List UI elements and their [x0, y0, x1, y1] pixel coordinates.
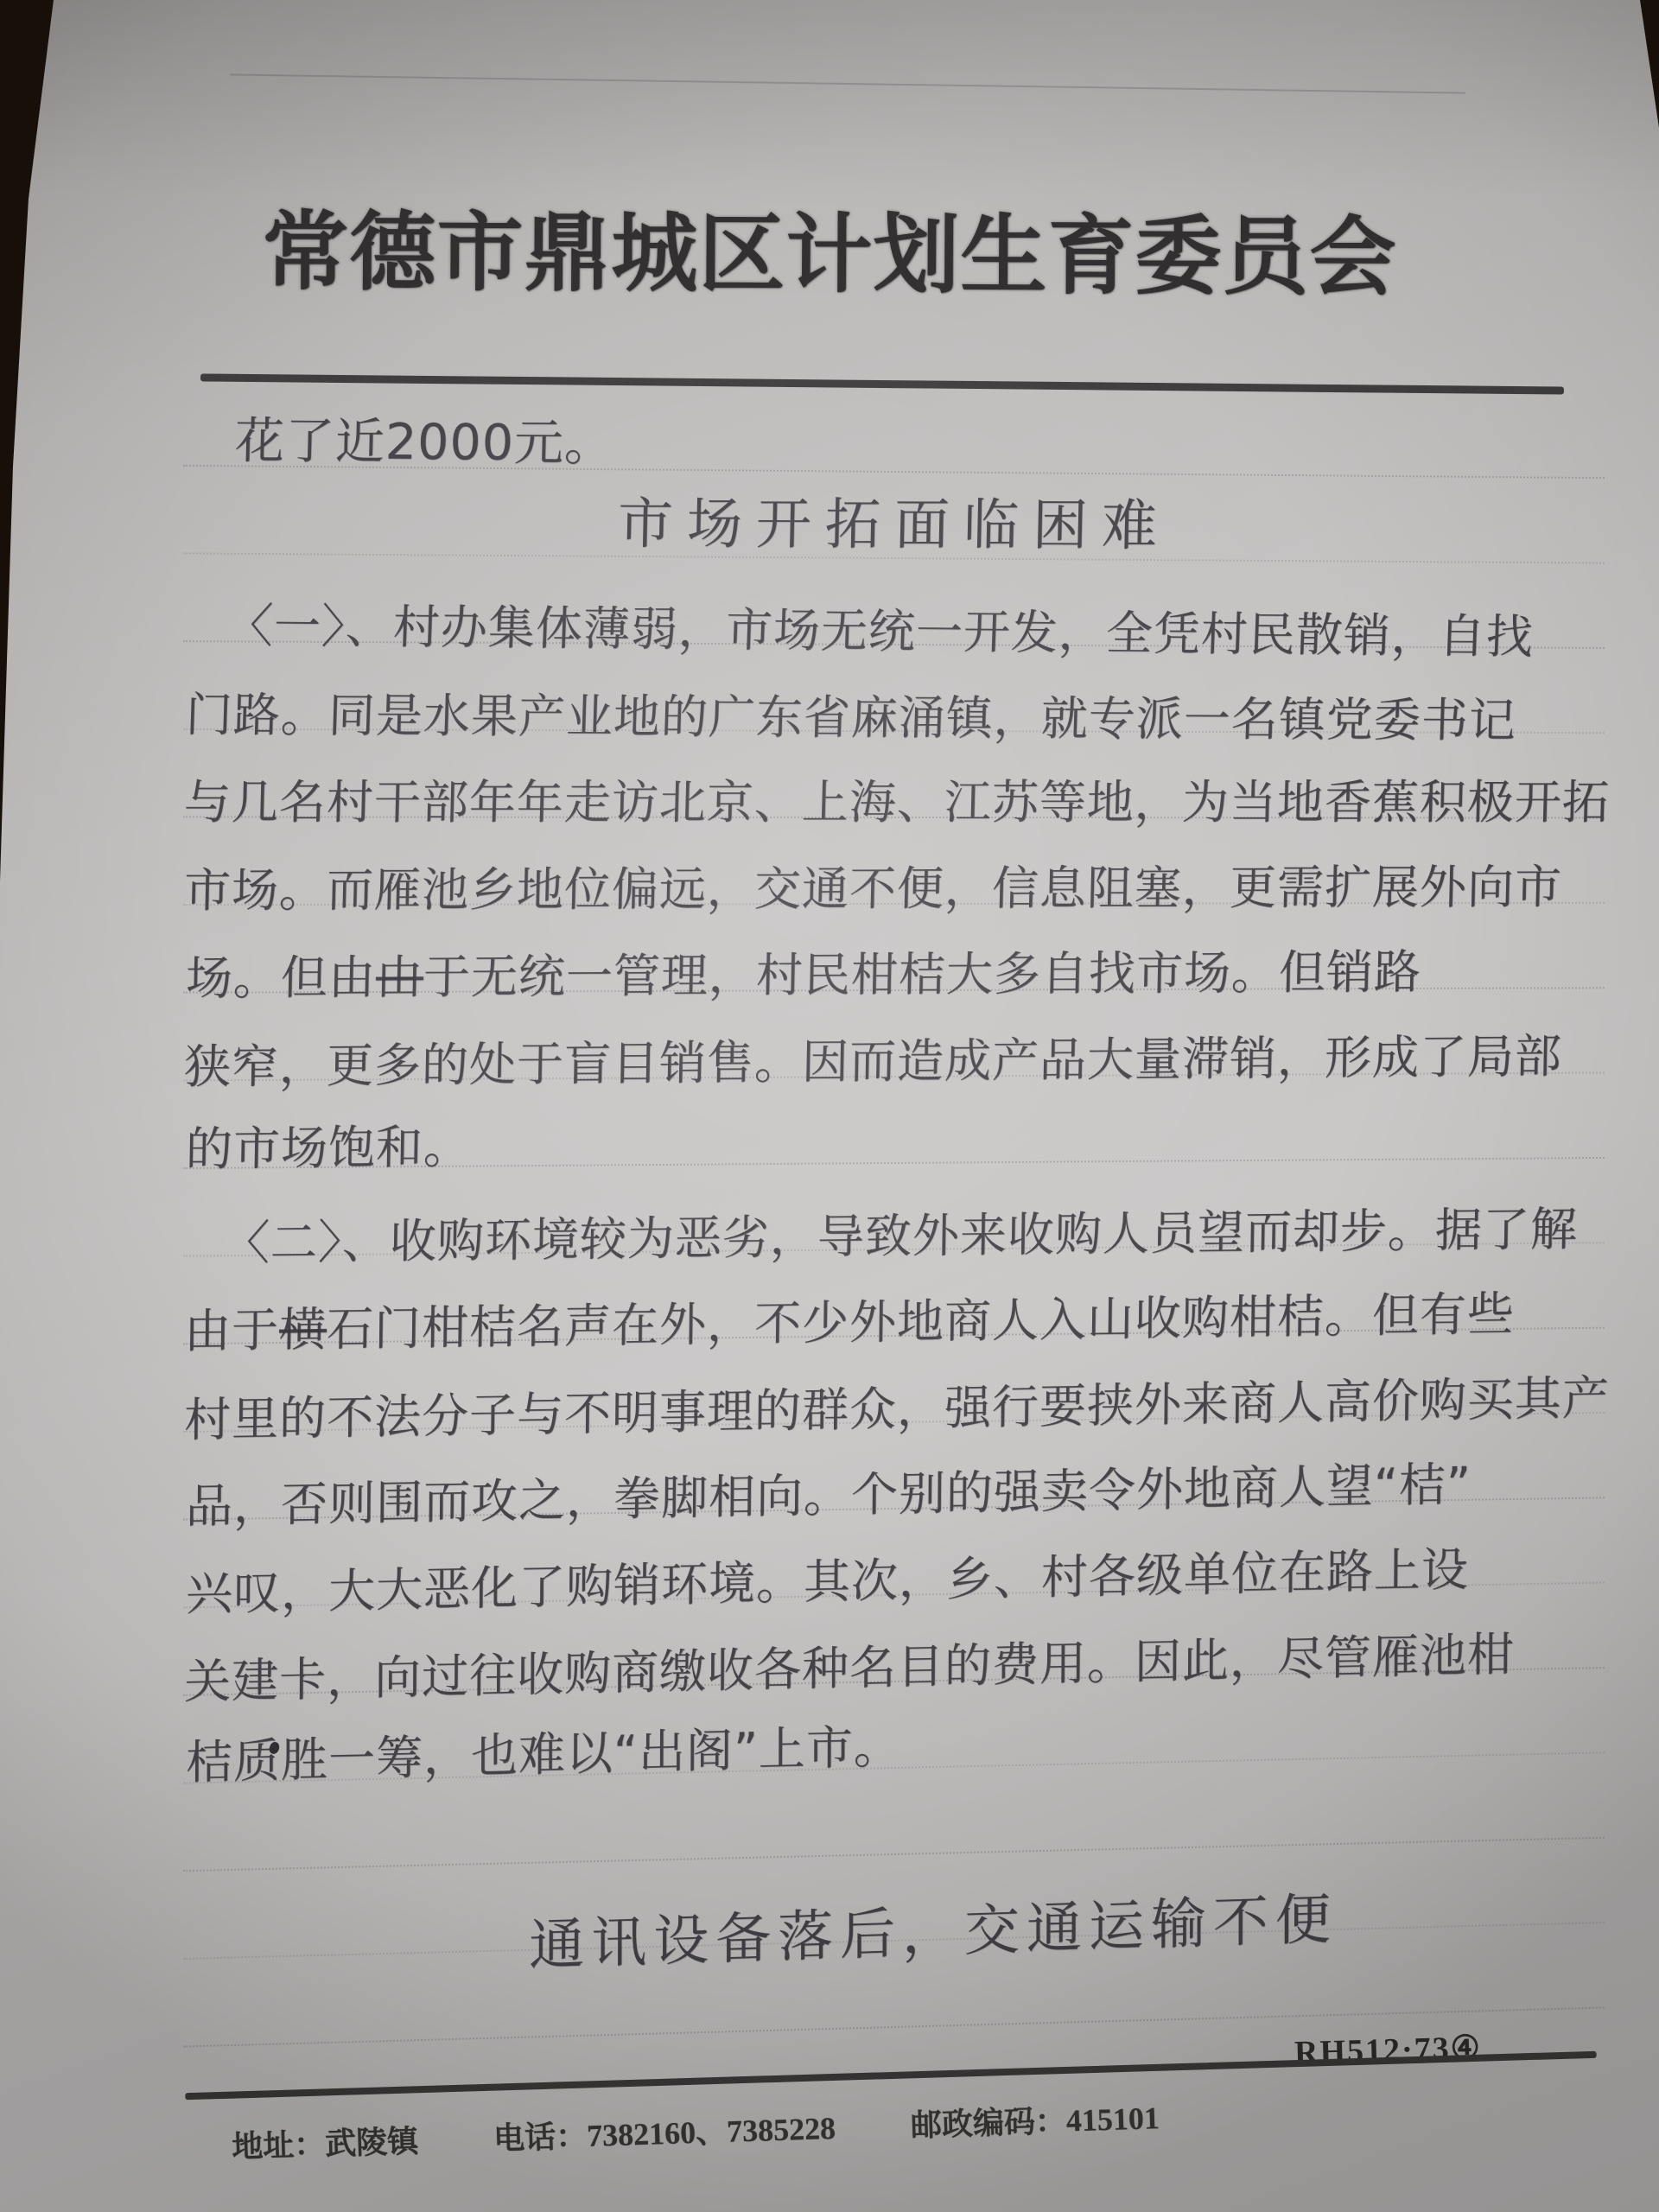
- footer-postal: 邮政编码：415101: [910, 2101, 1160, 2143]
- struck-character: 横: [279, 1302, 327, 1357]
- letterhead-divider-rule: [200, 373, 1564, 394]
- handwritten-line: 兴叹，大大恶化了购销环境。其次，乡、村各级单位在路上设: [186, 1533, 1469, 1624]
- handwritten-line: 村里的不法分子与不明事理的群众，强行要挟外来商人高价购买其产: [184, 1361, 1611, 1450]
- handwritten-line: 狭窄，更多的处于盲目销售。因而造成产品大量滞销，形成了局部: [183, 1020, 1562, 1097]
- handwritten-line: 由于横石门柑桔名声在外，不少外地商人入山收购柑桔。但有些: [184, 1277, 1516, 1361]
- handwritten-line: 市场。而雁池乡地位偏远，交通不便，信息阻塞，更需扩展外向市: [183, 850, 1563, 920]
- phone-label: 电话：: [493, 2119, 588, 2156]
- handwritten-line: 关建卡，向过往收购商缴收各种名目的费用。因此，尽管雁池柑: [184, 1618, 1515, 1712]
- handwritten-line: 的市场饱和。: [185, 1110, 471, 1179]
- letterhead-org-name: 常德市鼎城区计划生育委员会: [0, 181, 1659, 314]
- ruled-line: [183, 1837, 1605, 1872]
- phone-value: 7382160、7385228: [587, 2111, 836, 2153]
- handwritten-line: 与几名村干部年年走访北京、上海、江苏等地，为当地香蕉积极开拓: [183, 766, 1611, 832]
- paper-sheet: 常德市鼎城区计划生育委员会 花了近2000元。 市场开拓面临困难 〈一〉、村办集…: [0, 0, 1659, 2212]
- footer-contact-line: 地址：武陵镇 电话：7382160、7385228 邮政编码：415101: [231, 2094, 1160, 2167]
- footer-divider-rule: [185, 2051, 1597, 2100]
- postal-label: 邮政编码：: [910, 2104, 1066, 2144]
- faint-pencil-line: [230, 73, 1465, 93]
- handwritten-line: 门路。同是水果产业地的广东省麻涌镇，就专派一名镇党委书记: [185, 678, 1517, 751]
- handwritten-line: 品，否则围而攻之，拳脚相向。个别的强卖令外地商人望“桔”: [186, 1447, 1471, 1536]
- handwritten-section-title: 市场开拓面临困难: [185, 478, 1604, 563]
- handwritten-line: 桔质胜一筹，也难以“出阁”上市。: [186, 1710, 901, 1793]
- footer-address: 地址：武陵镇: [232, 2124, 419, 2164]
- handwritten-line: 〈一〉、村办集体薄弱，市场无统一开发，全凭村民散销，自找: [226, 588, 1535, 666]
- address-label: 地址：: [232, 2126, 326, 2164]
- footer-phone: 电话：7382160、7385228: [493, 2111, 836, 2156]
- postal-value: 415101: [1065, 2101, 1160, 2138]
- handwritten-closing-title: 通讯设备落后，交通运输不便: [225, 1865, 1641, 1991]
- handwritten-line: 〈二〉、收购环境较为恶劣，导致外来收购人员望而却步。据了解: [222, 1192, 1578, 1273]
- handwritten-line: 场。但由由于无统一管理，村民柑桔大多自找市场。但销路: [185, 935, 1422, 1007]
- struck-character: 由: [375, 950, 423, 1004]
- photographed-document: { "letterhead": { "org_name": "常德市鼎城区计划生…: [0, 0, 1659, 2212]
- address-value: 武陵镇: [325, 2124, 419, 2161]
- handwritten-opening-line: 花了近2000元。: [234, 401, 615, 474]
